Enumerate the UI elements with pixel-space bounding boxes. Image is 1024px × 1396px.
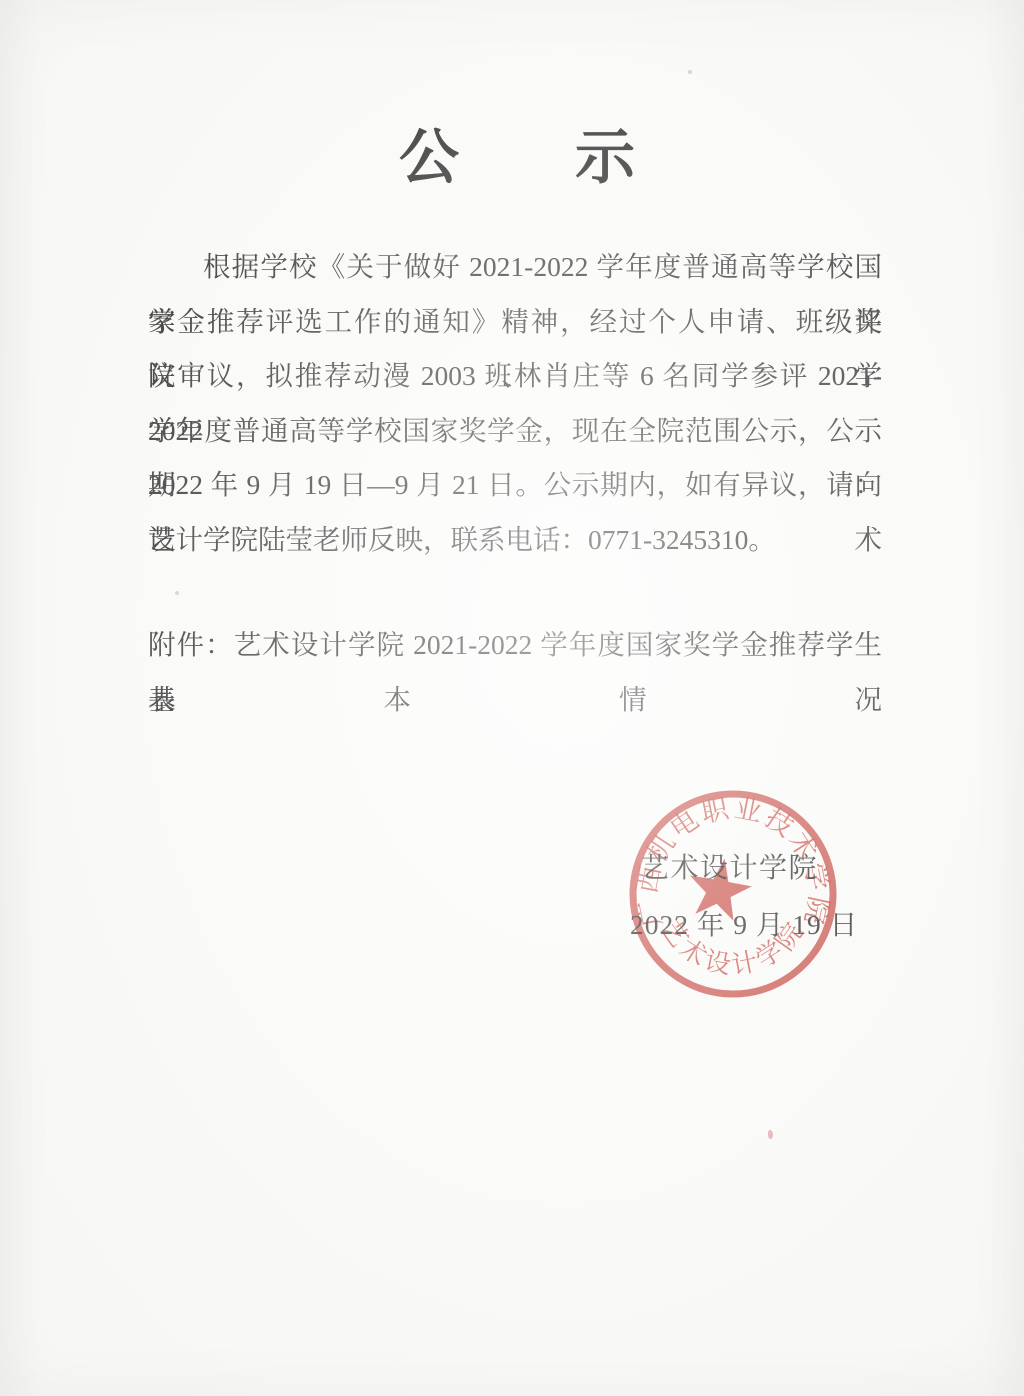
signature-date: 2022 年 9 月 19 日 — [630, 902, 858, 942]
body-line: 学金推荐评选工作的通知》精神，经过个人申请、班级评议、学 — [148, 295, 882, 350]
scan-speck — [768, 1130, 773, 1139]
attachment-line: 附件：艺术设计学院 2021-2022 学年度国家奖学金推荐学生基本情况 — [148, 618, 882, 673]
scan-speck — [175, 591, 179, 595]
signature-organization: 艺术设计学院 — [641, 846, 818, 886]
attachment-note: 附件：艺术设计学院 2021-2022 学年度国家奖学金推荐学生基本情况 表 — [148, 618, 882, 727]
notice-title-char-left: 公 — [399, 110, 461, 196]
body-line: 根据学校《关于做好 2021-2022 学年度普通高等学校国家奖 — [148, 240, 882, 295]
scanned-notice-page: 公 示 根据学校《关于做好 2021-2022 学年度普通高等学校国家奖 学金推… — [0, 0, 1024, 1396]
scan-speck — [688, 70, 692, 74]
body-line: 设计学院陆莹老师反映，联系电话：0771-3245310。 — [148, 513, 882, 568]
official-seal: 广西机电职业技术学院 艺术设计学院 — [603, 764, 863, 1024]
seal-ring — [633, 794, 833, 994]
notice-title-char-right: 示 — [575, 110, 637, 196]
notice-title: 公 示 — [6, 110, 1024, 196]
body-line: 学年度普通高等学校国家奖学金，现在全院范围公示，公示期： — [148, 404, 882, 459]
body-line: 院审议，拟推荐动漫 2003 班林肖庄等 6 名同学参评 2021-2022 — [148, 349, 882, 404]
body-line: 2022 年 9 月 19 日—9 月 21 日。公示期内，如有异议，请向艺术 — [148, 458, 882, 513]
notice-body-paragraph: 根据学校《关于做好 2021-2022 学年度普通高等学校国家奖 学金推荐评选工… — [148, 240, 882, 568]
